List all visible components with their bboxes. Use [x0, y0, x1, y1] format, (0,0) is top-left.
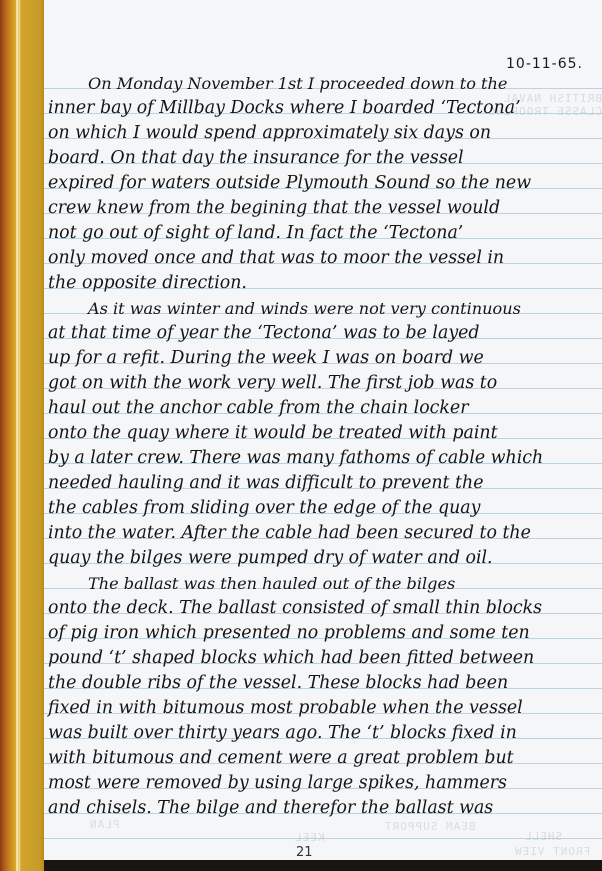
text-line: onto the quay where it would be treated …: [48, 421, 600, 446]
text-line: quay the bilges were pumped dry of water…: [48, 546, 600, 571]
text-line: needed hauling and it was difficult to p…: [48, 471, 600, 496]
text-line: The ballast was then hauled out of the b…: [48, 571, 600, 596]
text-line: at that time of year the ‘Tectona’ was t…: [48, 321, 600, 346]
page-number: 21: [296, 845, 313, 860]
text-line: As it was winter and winds were not very…: [48, 296, 600, 321]
show-through-text: SHELL: [524, 830, 562, 843]
text-line: the cables from sliding over the edge of…: [48, 496, 600, 521]
text-line: crew knew from the begining that the ves…: [48, 196, 600, 221]
text-line: inner bay of Millbay Docks where I board…: [48, 96, 600, 121]
notebook-binding-tape: [0, 0, 44, 871]
text-line: into the water. After the cable had been…: [48, 521, 600, 546]
text-line: the opposite direction.: [48, 271, 600, 296]
show-through-text: KEEL: [294, 831, 325, 844]
text-line: expired for waters outside Plymouth Soun…: [48, 171, 600, 196]
text-line: on which I would spend approximately six…: [48, 121, 600, 146]
text-line: most were removed by using large spikes,…: [48, 771, 600, 796]
text-line: only moved once and that was to moor the…: [48, 246, 600, 271]
text-line: board. On that day the insurance for the…: [48, 146, 600, 171]
page-bottom-shadow: [44, 860, 602, 871]
text-line: On Monday November 1st I proceeded down …: [48, 71, 600, 96]
text-line: was built over thirty years ago. The ‘t’…: [48, 721, 600, 746]
text-line: by a later crew. There was many fathoms …: [48, 446, 600, 471]
text-line: the double ribs of the vessel. These blo…: [48, 671, 600, 696]
text-line: and chisels. The bilge and therefor the …: [48, 796, 600, 821]
show-through-text: FRONT VIEW: [514, 845, 590, 858]
text-line: with bitumous and cement were a great pr…: [48, 746, 600, 771]
text-line: haul out the anchor cable from the chain…: [48, 396, 600, 421]
entry-date: 10-11-65.: [506, 56, 583, 72]
show-through-text: BEAM SUPPORT: [384, 820, 475, 833]
text-line: of pig iron which presented no problems …: [48, 621, 600, 646]
text-line: got on with the work very well. The firs…: [48, 371, 600, 396]
text-line: onto the deck. The ballast consisted of …: [48, 596, 600, 621]
text-line: not go out of sight of land. In fact the…: [48, 221, 600, 246]
text-line: fixed in with bitumous most probable whe…: [48, 696, 600, 721]
handwritten-text-body: On Monday November 1st I proceeded down …: [48, 71, 600, 821]
text-line: up for a refit. During the week I was on…: [48, 346, 600, 371]
text-line: pound ‘t’ shaped blocks which had been f…: [48, 646, 600, 671]
